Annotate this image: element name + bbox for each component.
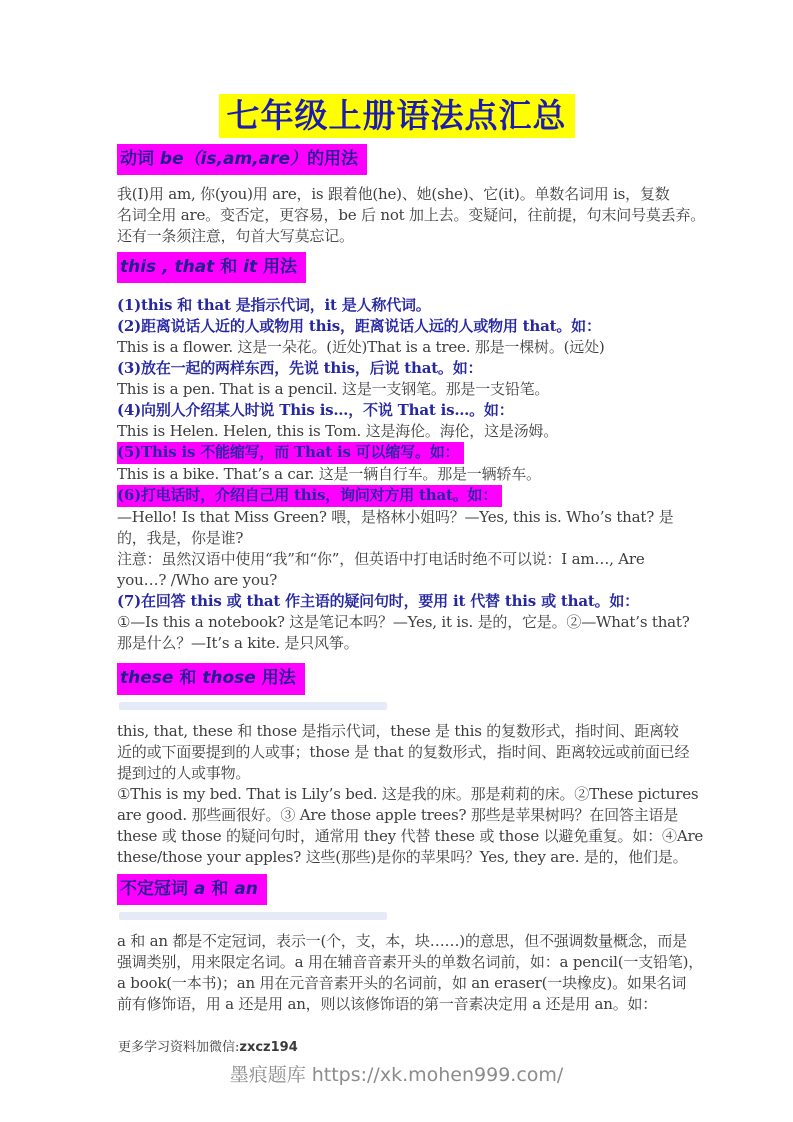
section-articles-a-an: 不定冠词 a 和 ana 和 an 都是不定冠词，表示一(个，支，本，块……)的… <box>117 874 679 1015</box>
heading-segment: 用法 <box>263 257 297 277</box>
grammar-point-line: (3)放在一起的两样东西，先说 this，后说 that。如： <box>117 358 679 379</box>
example-line: 近的或下面要提到的人或事；those 是 that 的复数形式，指时间、距离较远… <box>117 742 679 763</box>
example-line: ①This is my bed. That is Lily’s bed. 这是我… <box>117 784 679 805</box>
example-line: This is a bike. That’s a car. 这是一辆自行车。那是… <box>117 464 679 485</box>
section-these-those: these 和 those 用法this, that, these 和 thos… <box>117 663 679 867</box>
heading-segment: 的用法 <box>307 149 358 169</box>
grammar-point-line: (1)this 和 that 是指示代词，it 是人称代词。 <box>117 295 679 316</box>
example-line: 提到过的人或事物。 <box>117 763 679 784</box>
section-verb-be: 动词 be（is,am,are）的用法我(I)用 am, 你(you)用 are… <box>117 144 679 247</box>
heading-segment: these <box>120 668 179 688</box>
example-line: a 和 an 都是不定冠词，表示一(个，支，本，块……)的意思，但不强调数量概念… <box>117 931 679 952</box>
highlight-ghost <box>119 912 387 920</box>
example-line: 前有修饰语，用 a 还是用 an，则以该修饰语的第一音素决定用 a 还是用 an… <box>117 994 679 1015</box>
heading-segment: a <box>194 879 211 899</box>
example-line: these/those your apples? 这些(那些)是你的苹果吗？Ye… <box>117 847 679 868</box>
heading-segment: an <box>234 879 258 899</box>
footer-wechat-code: zxcz194 <box>239 1040 297 1055</box>
example-line: 强调类别，用来限定名词。a 用在辅音音素开头的单数名词前，如：a pencil(… <box>117 952 679 973</box>
heading-segment: 不定冠词 <box>120 879 194 899</box>
example-line: 的，我是，你是谁? <box>117 528 679 549</box>
grammar-point-line: (2)距离说话人近的人或物用 this，距离说话人远的人或物用 that。如： <box>117 316 679 337</box>
title-row: 七年级上册语法点汇总 <box>0 94 793 138</box>
heading-segment: 动词 <box>120 149 160 169</box>
example-line: 注意：虽然汉语中使用“我”和“你”，但英语中打电话时绝不可以说：I am…, A… <box>117 549 679 570</box>
example-line: 那是什么？—It’s a kite. 是只风筝。 <box>117 633 679 654</box>
example-line: are good. 那些画很好。③ Are those apple trees?… <box>117 805 679 826</box>
content-sections: 动词 be（is,am,are）的用法我(I)用 am, 你(you)用 are… <box>117 144 679 1014</box>
heading-segment: 和 <box>179 668 202 688</box>
section-heading: this , that 和 it 用法 <box>117 252 306 283</box>
example-line: these 或 those 的疑问句时，通常用 they 代替 these 或 … <box>117 826 679 847</box>
heading-segment: be（is,am,are） <box>160 149 307 169</box>
footer-note: 更多学习资料加微信:zxcz194 <box>118 1036 298 1055</box>
page-title: 七年级上册语法点汇总 <box>219 94 575 138</box>
example-line: This is a pen. That is a pencil. 这是一支钢笔。… <box>117 379 679 400</box>
site-watermark: 墨痕题库 https://xk.mohen999.com/ <box>0 1060 793 1087</box>
highlight-ghost <box>119 702 387 710</box>
example-line: a book(一本书)；an 用在元音音素开头的名词前，如 an eraser(… <box>117 973 679 994</box>
heading-segment: 用法 <box>262 668 296 688</box>
highlighted-point-line: (5)This is 不能缩写，而 That is 可以缩写。如： <box>117 442 464 464</box>
section-heading: 动词 be（is,am,are）的用法 <box>117 144 367 175</box>
section-heading: 不定冠词 a 和 an <box>117 874 267 905</box>
example-line: you…? /Who are you? <box>117 570 679 591</box>
example-line: 还有一条须注意，句首大写莫忘记。 <box>117 226 679 247</box>
heading-segment: it <box>243 257 263 277</box>
example-line: —Hello! Is that Miss Green? 喂，是格林小姐吗？—Ye… <box>117 507 679 528</box>
example-line: 我(I)用 am, 你(you)用 are，is 跟着他(he)、她(she)、… <box>117 184 679 205</box>
heading-segment: those <box>202 668 261 688</box>
heading-segment: this , that <box>120 257 220 277</box>
example-line: This is Helen. Helen, this is Tom. 这是海伦。… <box>117 421 679 442</box>
example-line: 名词全用 are。变否定，更容易，be 后 not 加上去。变疑问，往前提，句末… <box>117 205 679 226</box>
grammar-point-line: (4)向别人介绍某人时说 This is…，不说 That is…。如： <box>117 400 679 421</box>
grammar-point-line: (7)在回答 this 或 that 作主语的疑问句时，要用 it 代替 thi… <box>117 591 679 612</box>
heading-segment: 和 <box>211 879 234 899</box>
footer-note-label: 更多学习资料加微信: <box>118 1040 239 1055</box>
highlighted-point-line: (6)打电话时，介绍自己用 this，询问对方用 that。如： <box>117 485 502 507</box>
example-line: this, that, these 和 those 是指示代词，these 是 … <box>117 721 679 742</box>
heading-segment: 和 <box>220 257 243 277</box>
section-this-that-it: this , that 和 it 用法(1)this 和 that 是指示代词，… <box>117 252 679 654</box>
document-page: 七年级上册语法点汇总 动词 be（is,am,are）的用法我(I)用 am, … <box>0 0 793 1122</box>
section-heading: these 和 those 用法 <box>117 663 305 694</box>
example-line: This is a flower. 这是一朵花。(近处)That is a tr… <box>117 337 679 358</box>
example-line: ①—Is this a notebook? 这是笔记本吗？—Yes, it is… <box>117 612 679 633</box>
